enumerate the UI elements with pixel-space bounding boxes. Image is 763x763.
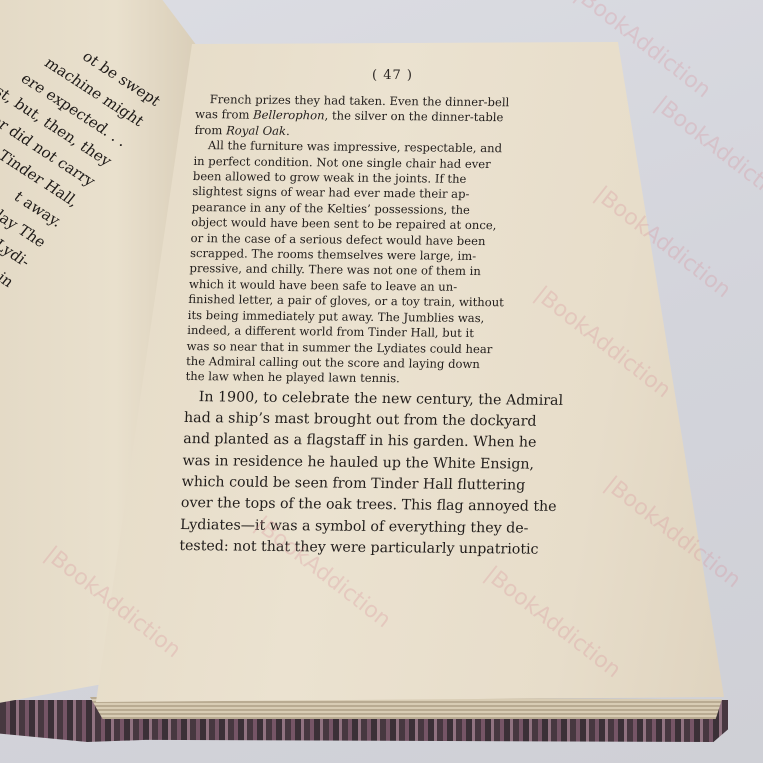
text-line: the law when he played lawn tennis. xyxy=(185,369,555,388)
page-number: ( 47 ) xyxy=(372,68,413,83)
right-page-text: French prizes they had taken. Even the d… xyxy=(179,92,566,561)
paragraph-small-type: French prizes they had taken. Even the d… xyxy=(185,92,566,389)
paragraph-large-type: In 1900, to celebrate the new century, t… xyxy=(179,387,555,561)
text-line: tested: not that they were particularly … xyxy=(179,536,550,561)
book-photo: ot be sweptmachine mightere expected. . … xyxy=(0,0,763,763)
watermark: |BookAddiction xyxy=(650,92,763,213)
